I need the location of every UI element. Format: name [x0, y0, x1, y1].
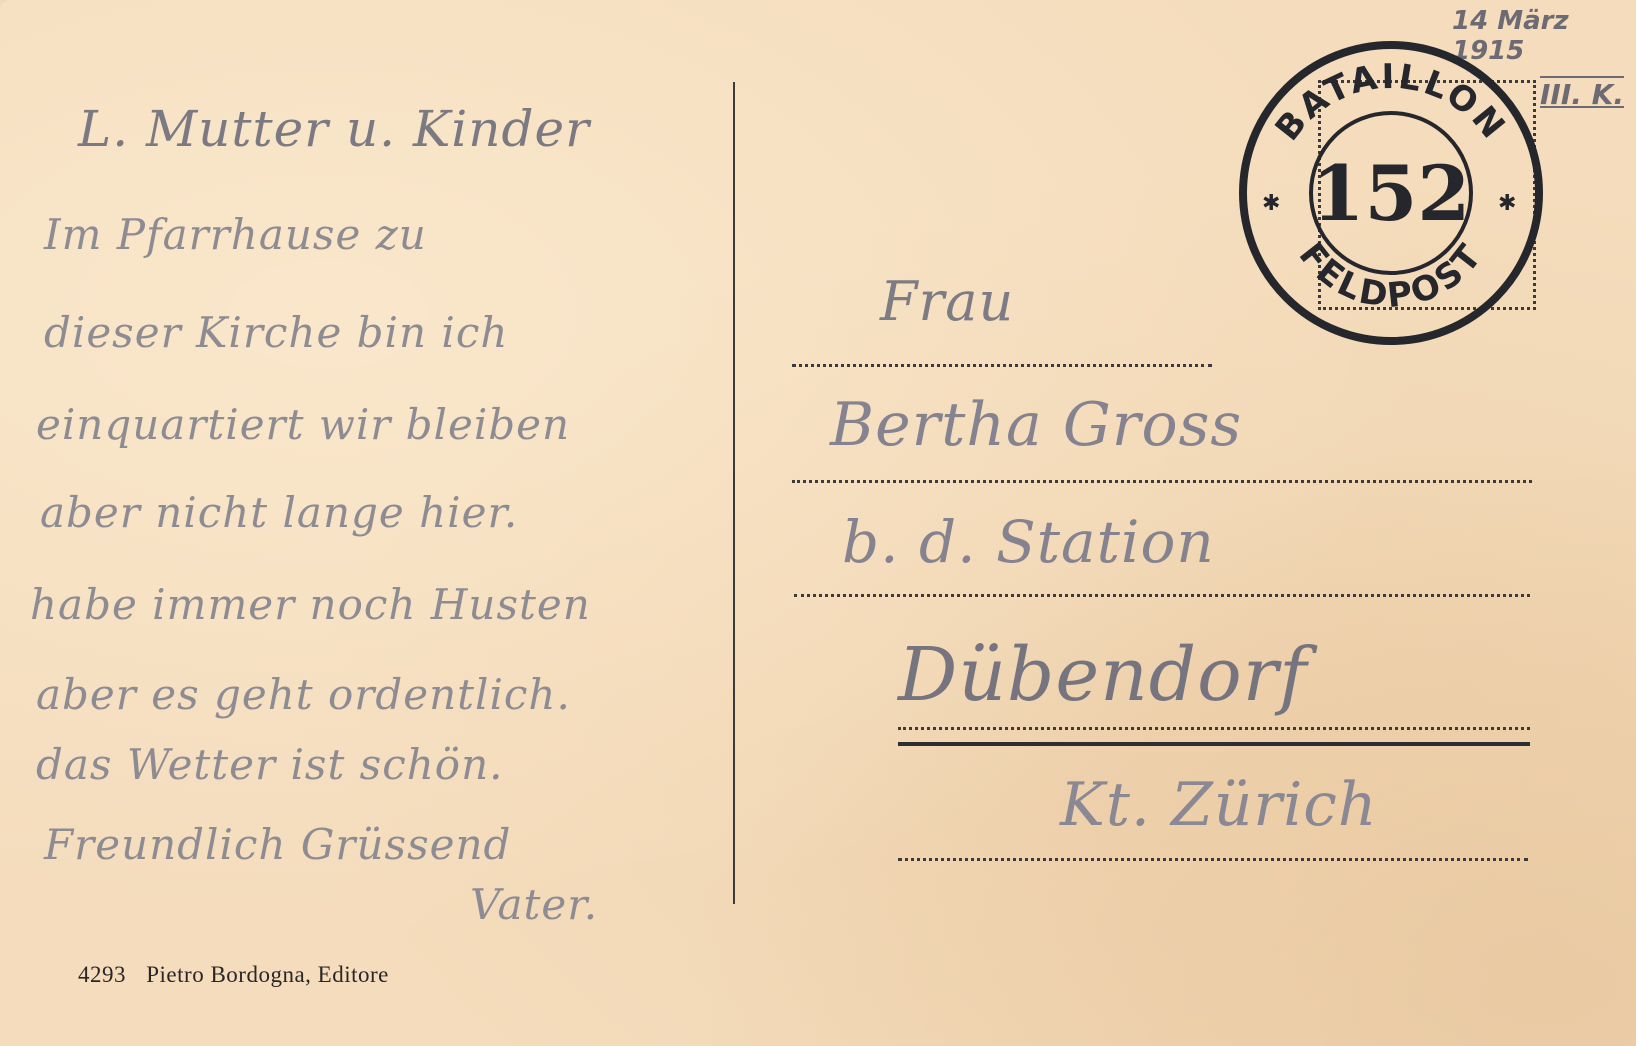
postmark-bottom-text: FELDPOST [1291, 235, 1491, 316]
address-line-4 [898, 727, 1530, 730]
address-line-3 [794, 594, 1530, 597]
address-care-of: b. d. Station [842, 508, 1215, 576]
feldpost-postmark: BATAILLON FELDPOST ✱ ✱ 152 [1236, 38, 1546, 348]
star-icon: ✱ [1262, 190, 1280, 215]
address-city: Dübendorf [898, 632, 1308, 718]
center-divider [733, 82, 735, 904]
message-line: L. Mutter u. Kinder [78, 100, 590, 158]
publisher-number: 4293 [78, 962, 126, 987]
message-signature: Vater. [470, 880, 598, 929]
postmark-number: 152 [1312, 149, 1471, 238]
address-canton: Kt. Zürich [1060, 770, 1378, 840]
postcard: L. Mutter u. Kinder Im Pfarrhause zu die… [0, 0, 1636, 1046]
address-line-5 [898, 858, 1528, 861]
message-line: Freundlich Grüssend [44, 820, 511, 869]
svg-text:FELDPOST: FELDPOST [1291, 235, 1491, 316]
address-line-1 [792, 364, 1212, 367]
star-icon: ✱ [1498, 190, 1516, 215]
message-line: einquartiert wir bleiben [36, 400, 570, 449]
pencil-unit-note: III. K. [1540, 78, 1624, 111]
message-line: aber nicht lange hier. [40, 488, 518, 537]
message-line: dieser Kirche bin ich [44, 308, 508, 357]
message-line: aber es geht ordentlich. [36, 670, 571, 719]
address-line-2 [792, 480, 1532, 483]
address-name: Bertha Gross [830, 390, 1242, 460]
address-salutation: Frau [880, 270, 1014, 333]
publisher-name: Pietro Bordogna, Editore [146, 962, 389, 987]
message-line: Im Pfarrhause zu [44, 210, 427, 259]
message-line: habe immer noch Husten [30, 580, 591, 629]
address-underline-solid [898, 742, 1530, 746]
publisher-imprint: 4293 Pietro Bordogna, Editore [78, 962, 389, 988]
message-line: das Wetter ist schön. [36, 740, 504, 789]
